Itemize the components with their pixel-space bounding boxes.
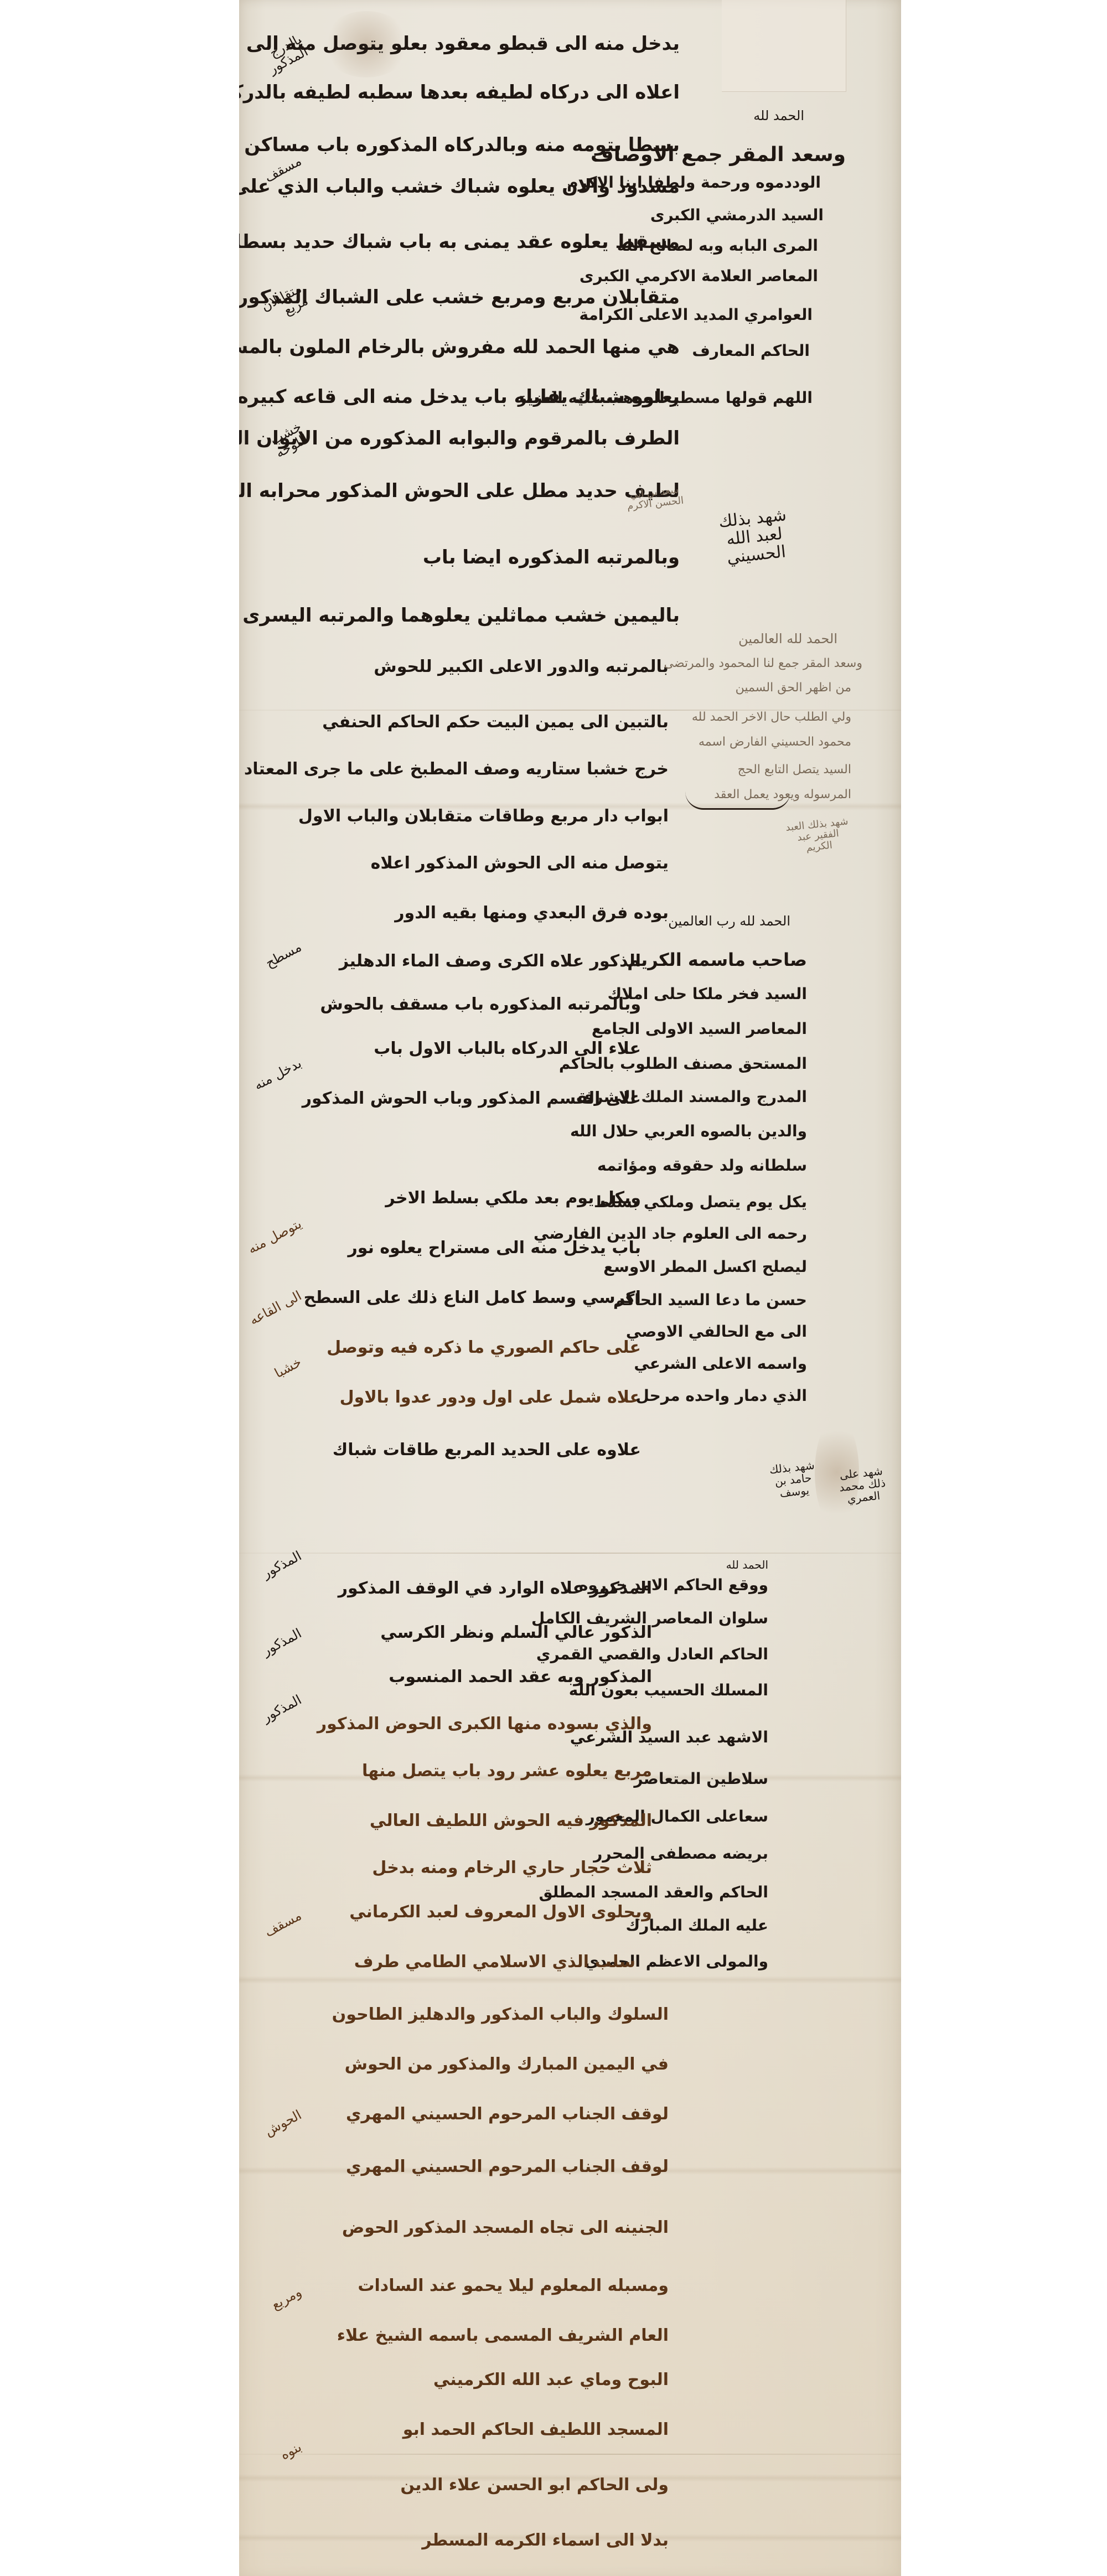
script-line: علاه شمل على اول ودور عدوا بالاول <box>340 1389 641 1406</box>
script-line: هي منها الحمد لله مفروش بالرخام الملون ب… <box>239 338 680 356</box>
script-line: ولي الطلب حال الاخر الحمد لله <box>692 711 851 723</box>
margin-note: المذكور <box>244 1549 304 1590</box>
script-line: وسعد المقر جمع لنا المحمود والمرتضى <box>664 658 862 670</box>
script-line: باليمين خشب مماثلين يعلوهما والمرتبه الي… <box>239 606 680 625</box>
script-line: وبالمرتبه المذكوره ايضا باب <box>423 548 680 567</box>
margin-note: ومربع <box>244 2285 304 2326</box>
script-line: الذي دمار واحده مرحل <box>636 1388 807 1404</box>
script-line: المذكور فيه الحوش اللطيف العالي <box>370 1813 652 1829</box>
script-line: الحاكم العادل والقصي القمري <box>536 1647 768 1662</box>
script-line: وبالمرتبه المذكوره باب مسقف بالحوش <box>320 996 641 1013</box>
script-line: من اظهر الحق السمين <box>736 682 851 694</box>
script-line: علاوه على الحديد المربع طاقات شباك <box>333 1442 641 1458</box>
section-heading: الحمد لله <box>753 108 804 123</box>
margin-note: الى القاعه <box>244 1289 304 1330</box>
manuscript-scroll: يدخل منه الى قبطو معقود بعلو يتوصل منه ا… <box>239 0 901 2576</box>
script-line: البوح وماي عبد الله الكرميني <box>433 2372 669 2388</box>
script-line: لوقف الجناب المرحوم الحسيني المهري <box>346 2159 669 2175</box>
script-line: على القسم المذكور وباب الحوش المذكور <box>302 1090 641 1107</box>
script-line: المسجد اللطيف الحاكم الحمد ابو <box>403 2422 669 2438</box>
underline-flourish <box>685 792 790 810</box>
script-line: الحاكم المعارف <box>692 343 810 359</box>
margin-note: مسطح <box>244 940 304 981</box>
witness-seal: شهد بذلك لعبد الله الحسيني <box>710 505 799 568</box>
script-line: بوده فرق البعدي ومنها بقيه الدور <box>395 905 669 922</box>
script-line: ثلاث حجار حاري الرخام ومنه بدخل <box>372 1860 652 1876</box>
script-line: في اليمين المبارك والمذكور من الحوش <box>345 2056 669 2073</box>
margin-note: المذكور <box>244 1693 304 1734</box>
script-line: السيد يتصل التابع الحج <box>738 764 851 776</box>
script-line: مربع يعلوه عشر رود باب يتصل منها <box>362 1763 652 1780</box>
script-line: الذكور علاه الكرى وصف الماء الدهليز <box>339 953 641 970</box>
margin-note: الحوش <box>244 2108 304 2149</box>
script-line: ليصلح اكسل المطر الاوسع <box>603 1259 807 1275</box>
witness-seal: شهد بذلك حامد بن يوسف <box>761 1458 825 1501</box>
script-line: السيد الدرمشي الكبرى <box>650 208 824 223</box>
script-line: الجنينه الى تجاه المسجد المذكور الحوض <box>342 2220 669 2236</box>
script-line: سلب الذي الاسلامي الطامي طرف <box>354 1954 635 1970</box>
section-heading: الحمد لله رب العالمين <box>668 913 790 929</box>
script-line: وسعد المقر جمع الاوصاف <box>591 145 846 165</box>
script-line: والدين بالصوه العربي حلال الله <box>570 1124 807 1139</box>
margin-note: المذكور <box>244 1626 304 1667</box>
margin-note: مسقف <box>244 1908 304 1949</box>
script-line: صاحب ماسمه الكريم <box>627 951 807 969</box>
script-line: الوددموه ورحمة ولطفا ابنا الاكرم <box>567 175 821 190</box>
section-heading: الحمد لله <box>726 1558 768 1571</box>
script-line: المستحق مصنف الطلوب بالحاكم <box>559 1056 807 1072</box>
script-line: ولى الحاكم ابو الحسن علاء الدين <box>400 2477 669 2494</box>
script-line: اعلاه الى دركاه لطيفه بعدها سطبه لطيفه ب… <box>239 83 680 102</box>
script-line: ومسبله المعلوم ليلا يحمو عند السادات <box>358 2278 669 2294</box>
fold-crease <box>239 1553 901 1554</box>
script-line: الحاكم والعقد المسجد المطلق <box>539 1885 769 1900</box>
script-line: العوامري المديد الاعلى الكرامة <box>579 307 813 323</box>
script-line: بالتبين الى يمين البيت حكم الحاكم الحنفي <box>322 714 669 731</box>
paper-repair-patch <box>722 0 846 92</box>
witness-seal: شهد بذلك العبد الفقير عبد الكريم <box>783 816 853 856</box>
script-line: خرج خشبا ستاريه وصف المطبخ على ما جرى ال… <box>244 761 669 778</box>
fold-crease <box>239 2454 901 2455</box>
script-line: السلوك والباب المذكور والدهليز الطاحون <box>332 2006 669 2023</box>
margin-note: خشبا <box>244 1355 304 1396</box>
script-line: المعاصر العلامة الاكرمي الكبرى <box>580 268 818 284</box>
witness-seal: سعد بن ابي الحسن الاكرم <box>623 484 686 512</box>
script-line: يكل يوم يتصل وملكي بسلط <box>594 1194 807 1210</box>
script-line: ووقع الحاكم الامد حرروه <box>579 1577 768 1593</box>
script-line: سلاطين المتعاصر <box>634 1771 768 1787</box>
fold-crease <box>239 1976 901 1984</box>
margin-note: بدخل منه <box>244 1056 304 1097</box>
script-line: عليه الملك المبارك <box>626 1918 768 1933</box>
script-line: لطيف حديد مطل على الحوش المذكور محرابه ا… <box>239 482 680 500</box>
script-line: على حاكم الصوري ما ذكره فيه وتوصل <box>327 1339 641 1356</box>
script-line: اكرسي وسط كامل الناع ذلك على السطح <box>304 1290 641 1306</box>
script-line: الى مع الحالفي الاوصي <box>626 1324 807 1339</box>
script-line: سلطانه ولد حقوقه ومؤاتمه <box>597 1158 807 1173</box>
script-line: لوقف الجناب المرحوم الحسيني المهري <box>346 2106 669 2123</box>
script-line: يتوصل منه الى الحوش المذكور اعلاه <box>371 855 669 872</box>
script-line: اللهم قولها مسطر الموهب عليه العزيز <box>518 390 813 406</box>
script-line: المسلك الحسيب بعون الله <box>569 1683 768 1698</box>
section-heading: الحمد لله العالمين <box>738 631 837 646</box>
script-line: المعاصر السيد الاولى الجامع <box>592 1021 807 1037</box>
script-line: باب يدخل منه الى مستراح يعلوه نور <box>348 1240 641 1256</box>
script-line: بدلا الى اسماء الكرمه المسطر <box>422 2532 669 2549</box>
script-line: واسمه الاعلى الشرعي <box>634 1356 807 1372</box>
script-line: الذكور عالي السلم ونظر الكرسي <box>380 1625 652 1641</box>
script-line: حسن ما دعا السيد الحاكم <box>613 1292 807 1308</box>
script-line: المرى البابه وبه لصالح الله <box>617 238 818 254</box>
script-line: مسقط يعلوه عقد يمنى به باب شباك حديد بسط… <box>239 232 680 251</box>
margin-note: يتوصل منه <box>244 1217 304 1258</box>
script-line: بالمرتبه والدور الاعلى الكبير للحوش <box>374 659 669 675</box>
script-line: ابواب دار مربع وطاقات متقابلان والباب ال… <box>298 808 669 825</box>
script-line: العام الشريف المسمى باسمه الشيخ علاء <box>337 2327 669 2344</box>
witness-seal: شهد على ذلك محمد العمري <box>833 1464 892 1506</box>
script-line: محمود الحسيني الفارض اسمه <box>699 736 851 748</box>
script-line: الاشهد عبد السيد الشرعي <box>570 1730 768 1745</box>
script-line: وبحلوى الاول المعروف لعبد الكرماني <box>349 1904 652 1921</box>
